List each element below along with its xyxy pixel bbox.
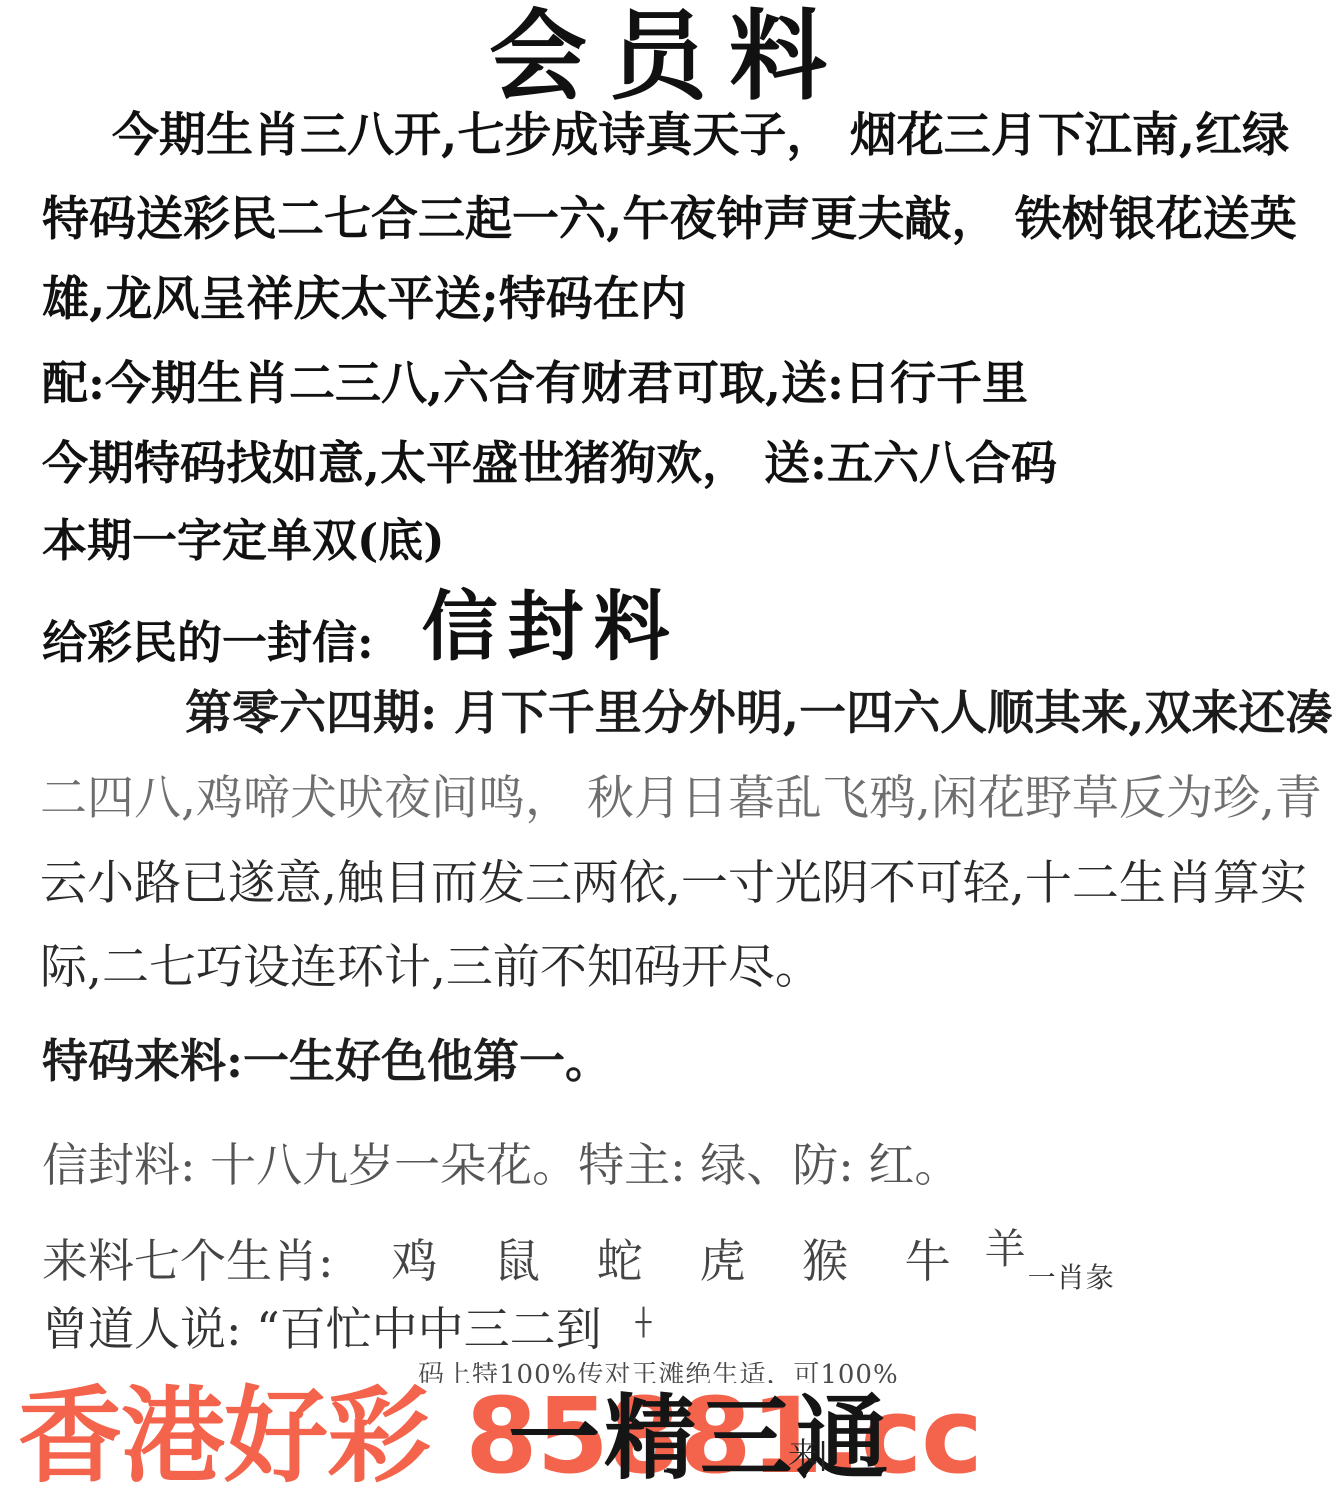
letter-to-punters-label: 给彩民的一封信:	[42, 620, 374, 665]
poem-line-2: 二四八,鸡啼犬吠夜间鸣， 秋月日暮乱飞鸦,闲花野草反为珍,青	[40, 775, 1322, 822]
envelope-section-title: 信封料	[422, 589, 680, 665]
zengdaoren-quote-row: 曾道人说: “百忙中中三二到┼	[42, 1306, 651, 1352]
zodiac-tip-row: 来料七个生肖:鸡 鼠 蛇 虎 猴 牛羊一肖彖	[42, 1238, 1115, 1284]
single-double-tip-line: 本期一字定单双(底)	[42, 518, 445, 563]
pei-tip-line: 配:今期生肖二三八,六合有财君可取,送:日行千里	[42, 360, 1028, 406]
stray-cross-mark: ┼	[636, 1310, 652, 1336]
lottery-tip-sheet: 会员料 今期生肖三八开,七步成诗真天子， 烟花三月下江南,红绿 特码送彩民二七合…	[0, 0, 1338, 1500]
poem-line-1: 第零六四期: 月下千里分外明,一四六人顺其来,双来还凑	[185, 690, 1332, 737]
watermark-small-fragment: 来|	[788, 1440, 828, 1470]
envelope-tip-line: 信封料: 十八九岁一朵花。特主: 绿、防: 红。	[42, 1142, 960, 1188]
tema-incoming-tip-line: 特码来料:一生好色他第一。	[42, 1038, 611, 1084]
zodiac-last-animal: 羊	[985, 1229, 1026, 1270]
letter-header-row: 给彩民的一封信: 信封料	[42, 585, 680, 665]
zodiac-small-note: 一肖彖	[1028, 1264, 1115, 1292]
member-paragraph-line-1: 今期生肖三八开,七步成诗真天子， 烟花三月下江南,红绿	[112, 112, 1289, 159]
zodiac-animals: 鸡 鼠 蛇 虎 猴 牛	[392, 1234, 951, 1288]
zengdaoren-quote: 曾道人说: “百忙中中三二到	[42, 1302, 602, 1356]
member-paragraph-line-2: 特码送彩民二七合三起一六,午夜钟声更夫敲， 铁树银花送英	[42, 196, 1297, 243]
watermark-calligraphy-overlay: 一精三通	[508, 1392, 892, 1484]
member-section-title: 会员料	[0, 8, 1338, 106]
member-paragraph-line-3: 雄,龙风呈祥庆太平送;特码在内	[42, 276, 687, 323]
poem-line-4: 际,二七巧设连环计,三前不知码开尽。	[40, 944, 822, 991]
poem-line-3: 云小路已遂意,触目而发三两依,一寸光阴不可轻,十二生肖算实	[40, 860, 1307, 907]
zodiac-label: 来料七个生肖:	[42, 1234, 334, 1288]
tema-tip-line: 今期特码找如意,太平盛世猪狗欢， 送:五六八合码	[42, 440, 1057, 486]
